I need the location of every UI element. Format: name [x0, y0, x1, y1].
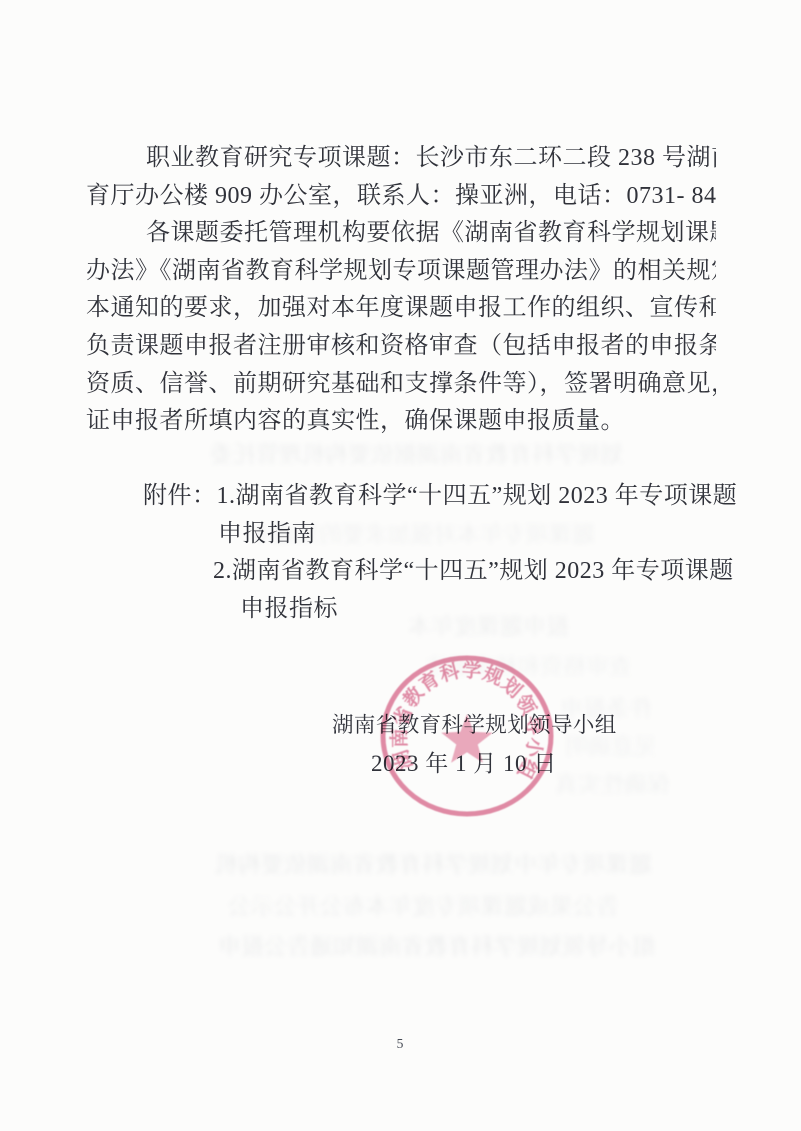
seal-star-icon: [441, 714, 492, 763]
bleedthrough-text: 组小导领划规学科育教省南湖知通告公报申: [218, 928, 655, 961]
bleedthrough-text: 报申题课度年本: [408, 608, 569, 641]
page-number: 5: [360, 1036, 440, 1052]
attachment-item-2-subtitle: 申报指标: [240, 594, 338, 624]
attachment-item-2: 2.湖南省教育科学“十四五”规划 2023 年专项课题: [213, 556, 734, 586]
body-line: 育厅办公楼 909 办公室，联系人：操亚洲，电话：0731- 84715482。: [86, 178, 716, 216]
bleedthrough-text: 告公果成题课项专度年本布公开公示公: [228, 888, 619, 921]
body-text: 职业教育研究专项课题：长沙市东二环二段 238 号湖南省教 育厅办公楼 909 …: [86, 140, 716, 441]
official-seal: 湖南省教育科学规划领导小组: [377, 653, 557, 820]
bleedthrough-text: 划规学科育教省南湖据依要构机理管托委: [210, 436, 624, 469]
body-line: 资质、信誉、前期研究基础和支撑条件等），签署明确意见，保: [86, 366, 716, 404]
bleedthrough-text: 题课项专年中划规学科育教省南湖依要构机: [215, 846, 652, 879]
body-line: 办法》《湖南省教育科学规划专项课题管理办法》的相关规定和: [86, 253, 716, 291]
body-line: 证申报者所填内容的真实性，确保课题申报质量。: [86, 403, 716, 441]
body-line: 职业教育研究专项课题：长沙市东二环二段 238 号湖南省教: [86, 140, 716, 178]
attachment-item-1-subtitle: 申报指南: [218, 519, 316, 549]
document-page: 划规学科育教省南湖据依要构机理管托委 题课项专年本对强加求要的知通本 报申题课度…: [0, 0, 801, 1131]
body-line: 本通知的要求，加强对本年度课题申报工作的组织、宣传和指导，: [86, 290, 716, 328]
body-line: 各课题委托管理机构要依据《湖南省教育科学规划课题管理: [86, 215, 716, 253]
body-line: 负责课题申报者注册审核和资格审查（包括申报者的申报条件、: [86, 328, 716, 366]
attachment-item-1: 附件：1.湖南省教育科学“十四五”规划 2023 年专项课题: [143, 481, 737, 511]
bleedthrough-text: 保确性实真: [555, 766, 670, 799]
